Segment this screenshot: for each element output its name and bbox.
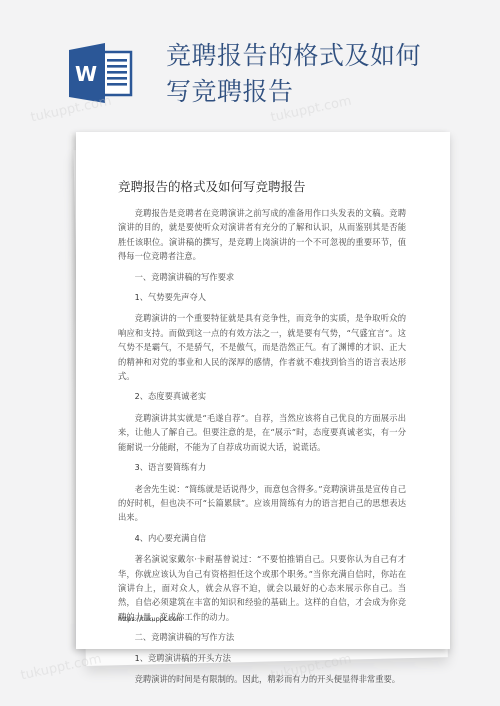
page-header: W 竞聘报告的格式及如何 写竞聘报告 <box>0 0 500 110</box>
document-paragraph: 竞聘演讲的时间是有限制的。因此，精彩而有力的开头便显得非常重要。 <box>118 672 406 686</box>
heading-text: 、竞聘演讲稿的开头方法 <box>140 653 231 663</box>
heading-text: 、态度要真诚老实 <box>140 391 206 401</box>
heading-text: 、语言要简练有力 <box>140 462 206 472</box>
document-title: 竞聘报告的格式及如何写竞聘报告 <box>118 177 306 195</box>
document-heading: 1、气势要先声夺人 <box>118 290 406 305</box>
footer-url: https://tukuppt.com <box>118 615 182 623</box>
heading-text: 二、竞聘演讲稿的写作方法 <box>135 632 235 642</box>
document-heading: 1、竞聘演讲稿的开头方法 <box>118 651 406 666</box>
page-title-line2: 写竞聘报告 <box>166 74 466 110</box>
document-page: 竞聘报告的格式及如何写竞聘报告 竞聘报告是竞聘者在竞聘演讲之前写成的准备用作口头… <box>76 132 450 649</box>
document-heading: 4、内心要充满自信 <box>118 531 406 546</box>
document-heading: 2、态度要真诚老实 <box>118 389 406 404</box>
page-title-line1: 竞聘报告的格式及如何 <box>166 38 466 74</box>
page-title: 竞聘报告的格式及如何 写竞聘报告 <box>166 38 466 110</box>
document-heading: 一、竞聘演讲稿的写作要求 <box>118 270 406 284</box>
heading-text: 、气势要先声夺人 <box>140 292 206 302</box>
heading-text: 、内心要充满自信 <box>140 533 206 543</box>
document-paragraph: 竞聘演讲的一个重要特征就是具有竞争性，而竞争的实质，是争取听众的响应和支持。而做… <box>118 311 406 383</box>
document-heading: 3、语言要简练有力 <box>118 460 406 475</box>
document-paragraph: 老舍先生说：“简练就是话说得少，而意包含得多。”竞聘演讲虽是宣传自己的好时机，但… <box>118 482 406 525</box>
document-paragraph: 著名演说家戴尔·卡耐基曾说过：“不要怕推销自己。只要你认为自己有才华，你就应该认… <box>118 552 406 624</box>
document-paragraph: 竞聘报告是竞聘者在竞聘演讲之前写成的准备用作口头发表的文稿。竞聘演讲的目的，就是… <box>118 206 406 264</box>
document-paragraph: 竞聘演讲其实就是“毛遂自荐”。自荐，当然应该将自己优良的方面展示出来，让他人了解… <box>118 411 406 454</box>
svg-text:W: W <box>75 62 97 86</box>
document-heading: 二、竞聘演讲稿的写作方法 <box>118 630 406 644</box>
word-document-icon: W <box>69 43 134 103</box>
heading-text: 一、竞聘演讲稿的写作要求 <box>135 272 235 282</box>
